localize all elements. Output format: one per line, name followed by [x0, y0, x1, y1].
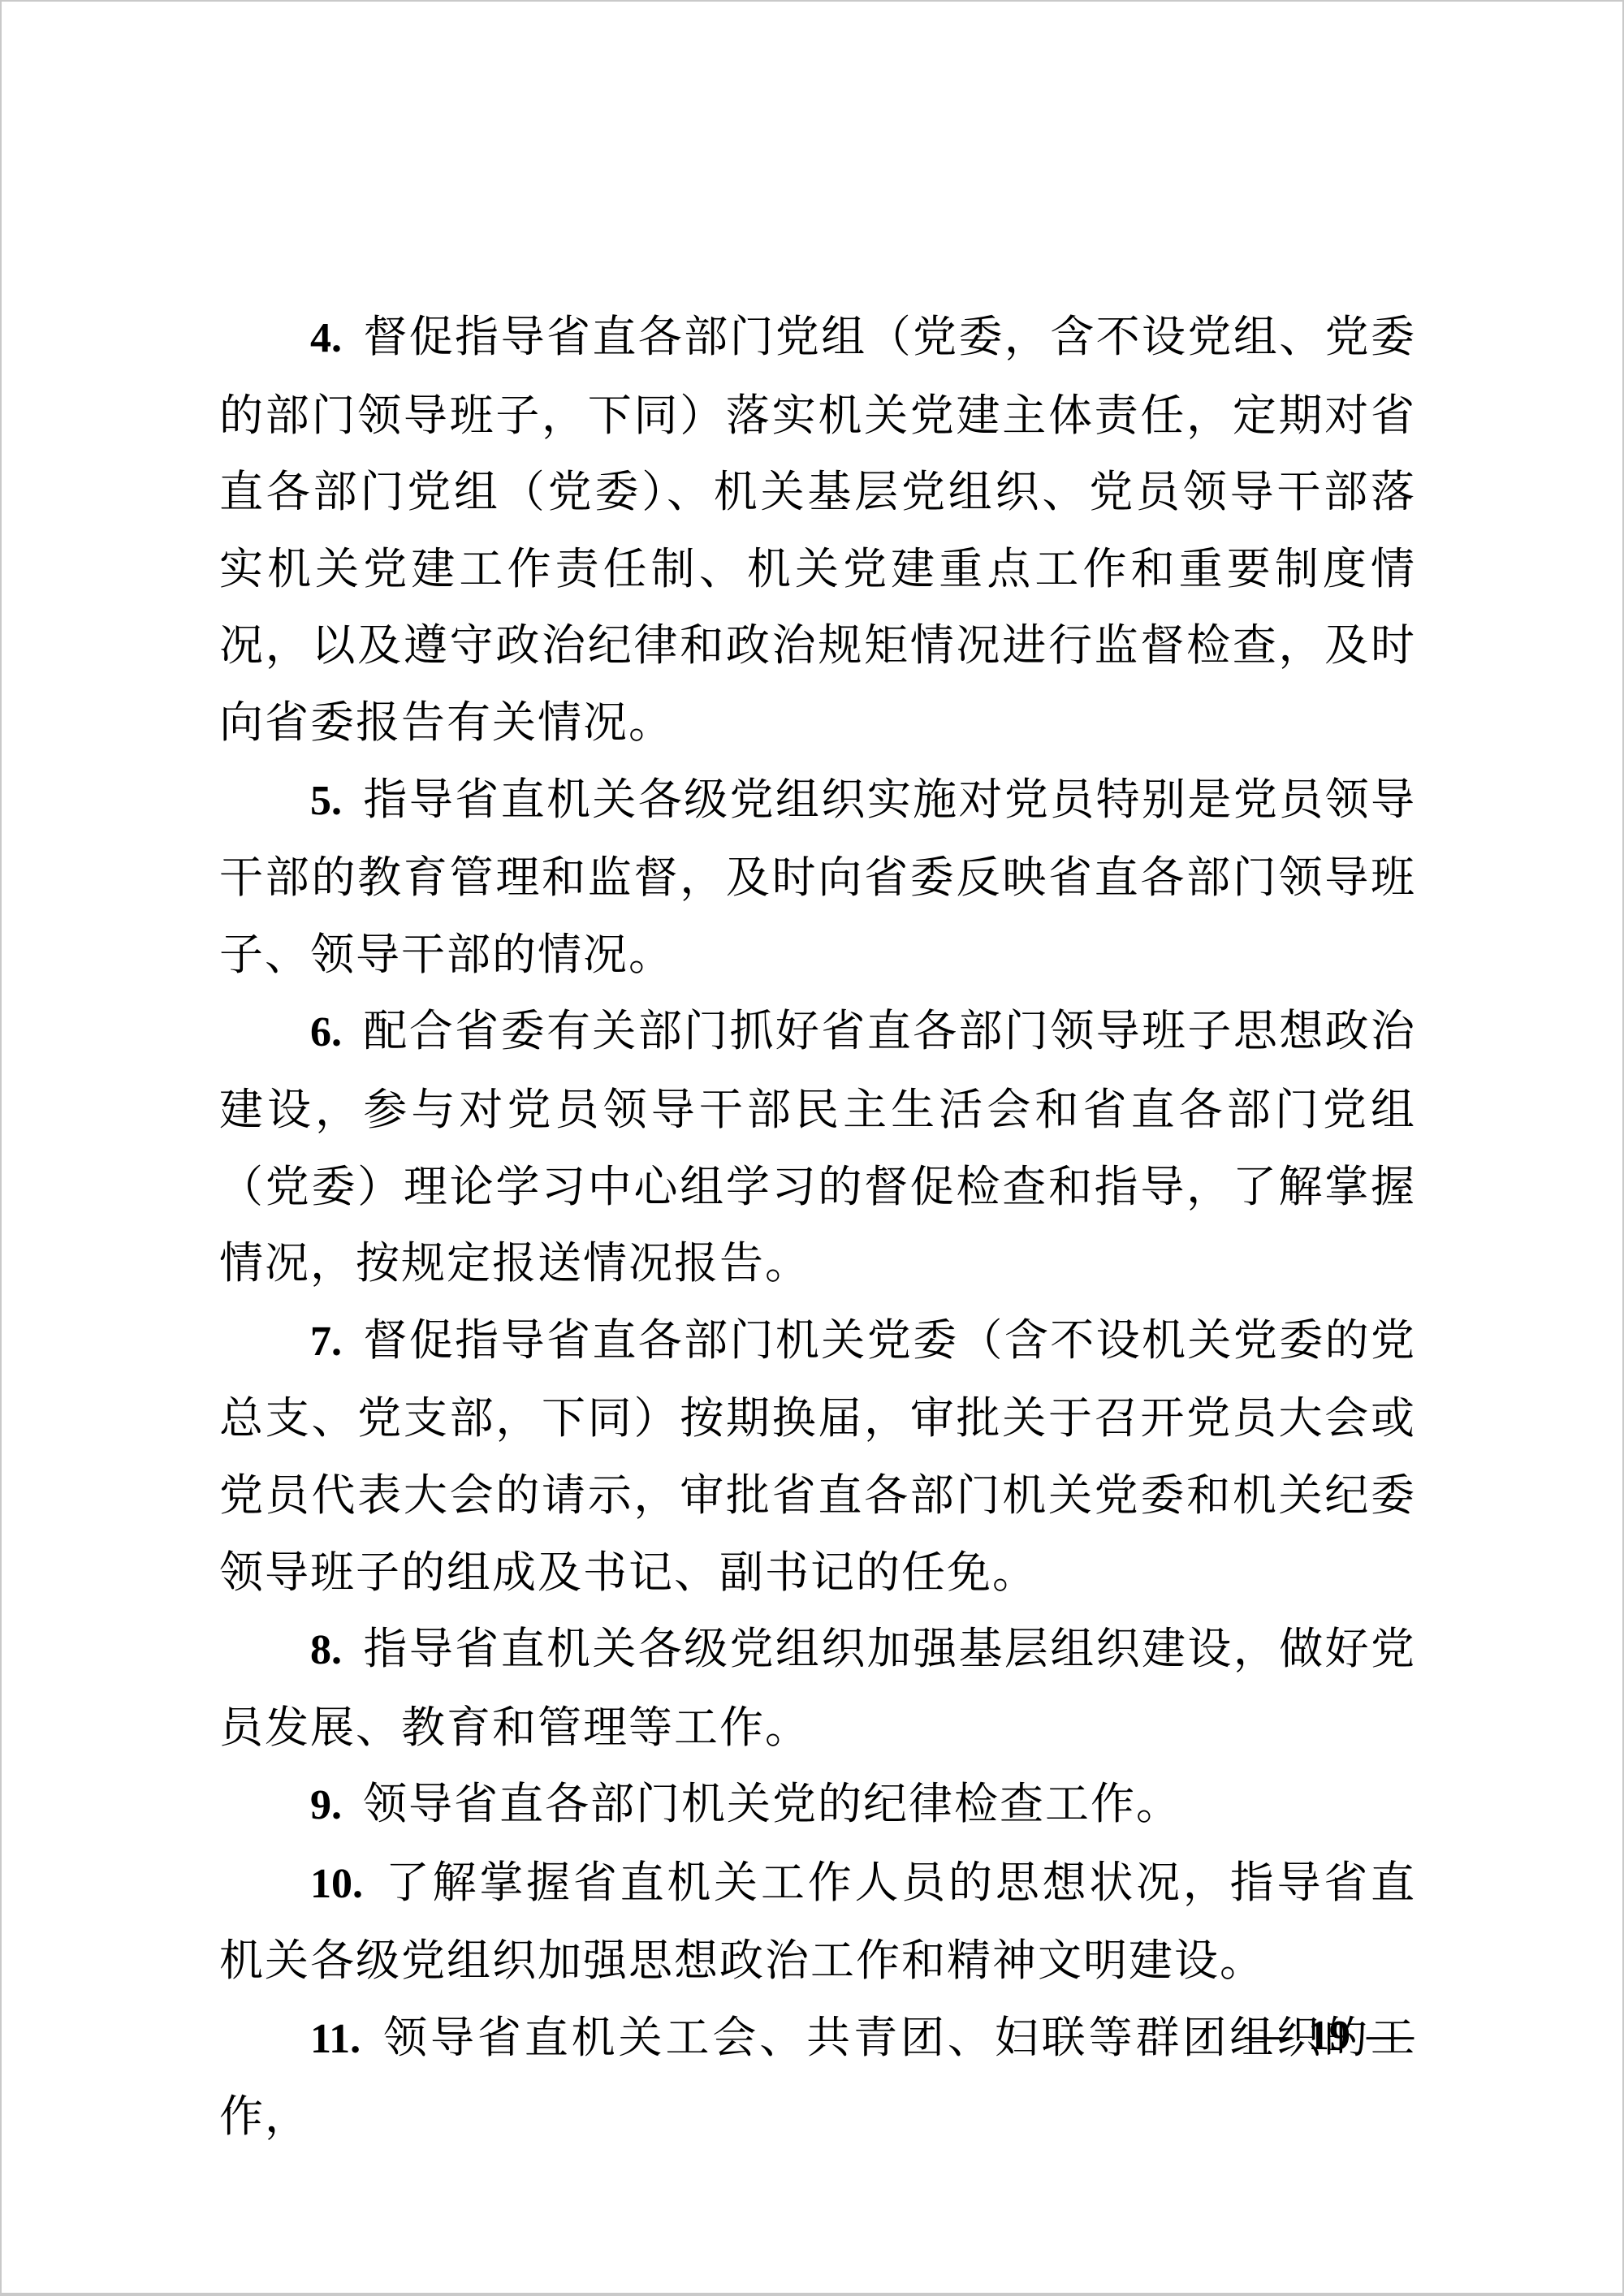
paragraph-text: 指导省直机关各级党组织加强基层组织建设，做好党员发展、教育和管理等工作。 [219, 1625, 1416, 1752]
paragraph-item: 11.领导省直机关工会、共青团、妇联等群团组织的工作， [219, 2000, 1416, 2155]
page-number-left-dash: — [1245, 2007, 1292, 2060]
page-number-right-dash: — [1367, 2007, 1414, 2060]
paragraph-text: 了解掌握省直机关工作人员的思想状况，指导省直机关各级党组织加强思想政治工作和精神… [219, 1858, 1416, 1986]
paragraph-number: 5. [310, 778, 342, 824]
paragraph-number: 10. [310, 1861, 363, 1907]
paragraph-item: 7.督促指导省直各部门机关党委（含不设机关党委的党总支、党支部，下同）按期换届，… [219, 1302, 1416, 1611]
document-body: 4.督促指导省直各部门党组（党委，含不设党组、党委的部门领导班子，下同）落实机关… [219, 299, 1416, 2155]
paragraph-item: 8.指导省直机关各级党组织加强基层组织建设，做好党员发展、教育和管理等工作。 [219, 1611, 1416, 1766]
paragraph-item: 9.领导省直各部门机关党的纪律检查工作。 [219, 1766, 1416, 1845]
paragraph-number: 8. [310, 1627, 342, 1673]
paragraph-number: 6. [310, 1009, 342, 1055]
paragraph-text: 领导省直机关工会、共青团、妇联等群团组织的工作， [219, 2013, 1416, 2141]
paragraph-text: 督促指导省直各部门机关党委（含不设机关党委的党总支、党支部，下同）按期换届，审批… [219, 1316, 1416, 1597]
paragraph-number: 7. [310, 1318, 342, 1365]
paragraph-number: 11. [310, 2016, 361, 2062]
paragraph-number: 4. [310, 315, 342, 361]
paragraph-number: 9. [310, 1782, 342, 1828]
paragraph-item: 10.了解掌握省直机关工作人员的思想状况，指导省直机关各级党组织加强思想政治工作… [219, 1845, 1416, 2000]
paragraph-item: 5.指导省直机关各级党组织实施对党员特别是党员领导干部的教育管理和监督，及时向省… [219, 762, 1416, 994]
page-footer: —19— [1245, 2005, 1414, 2074]
document-page: 4.督促指导省直各部门党组（党委，含不设党组、党委的部门领导班子，下同）落实机关… [0, 0, 1624, 2296]
paragraph-text: 督促指导省直各部门党组（党委，含不设党组、党委的部门领导班子，下同）落实机关党建… [219, 313, 1416, 747]
paragraph-item: 4.督促指导省直各部门党组（党委，含不设党组、党委的部门领导班子，下同）落实机关… [219, 299, 1416, 762]
paragraph-text: 指导省直机关各级党组织实施对党员特别是党员领导干部的教育管理和监督，及时向省委反… [219, 775, 1416, 979]
paragraph-text: 领导省直各部门机关党的纪律检查工作。 [363, 1780, 1181, 1828]
page-number: 19 [1308, 2013, 1350, 2059]
paragraph-item: 6.配合省委有关部门抓好省直各部门领导班子思想政治建设，参与对党员领导干部民主生… [219, 993, 1416, 1301]
paragraph-text: 配合省委有关部门抓好省直各部门领导班子思想政治建设，参与对党员领导干部民主生活会… [219, 1007, 1416, 1288]
